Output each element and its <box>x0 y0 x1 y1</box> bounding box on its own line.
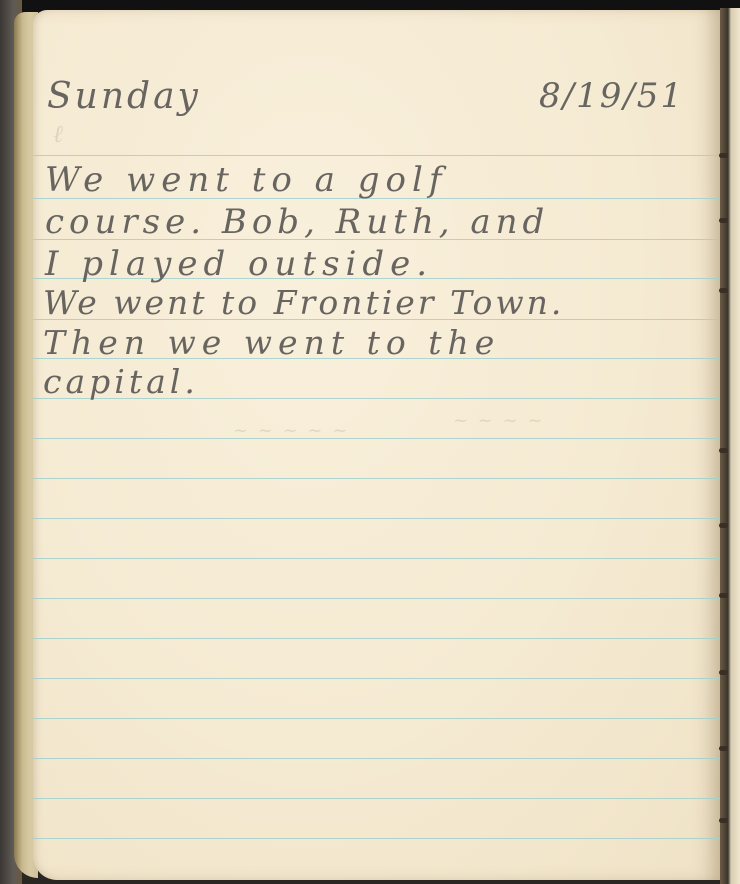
entry-line-3: I played outside. <box>45 244 433 284</box>
entry-line-6: capital. <box>43 362 199 401</box>
ruled-line <box>33 798 723 799</box>
binding-hole <box>719 153 728 158</box>
diary-page: ℓ ~ ~ ~ ~ ~ ~ ~ ~ ~ Sunday 8/19/51 We we… <box>33 10 723 880</box>
ruled-line <box>33 155 723 156</box>
ruled-line <box>33 678 723 679</box>
entry-date: 8/19/51 <box>539 76 684 116</box>
ruled-line <box>33 438 723 439</box>
bleed-through-text: ~ ~ ~ ~ ~ <box>233 420 349 441</box>
ruled-line <box>33 718 723 719</box>
ruled-line <box>33 478 723 479</box>
ruled-line <box>33 558 723 559</box>
binding-hole <box>719 448 728 453</box>
binding-hole <box>719 593 728 598</box>
binding-hole <box>719 218 728 223</box>
ruled-line <box>33 838 723 839</box>
bleed-through-text: ℓ <box>53 120 65 149</box>
spiral-binding-edge <box>720 8 740 884</box>
ruled-line <box>33 758 723 759</box>
ruled-line <box>33 598 723 599</box>
entry-line-2: course. Bob, Ruth, and <box>45 202 549 242</box>
bleed-through-text: ~ ~ ~ ~ <box>453 410 545 431</box>
entry-line-1: We went to a golf <box>45 160 447 200</box>
binding-hole <box>719 746 728 751</box>
entry-line-5: Then we went to the <box>43 323 500 362</box>
binding-hole <box>719 288 728 293</box>
ruled-line <box>33 518 723 519</box>
ruled-line <box>33 638 723 639</box>
binding-hole <box>719 818 728 823</box>
entry-line-4: We went to Frontier Town. <box>43 283 564 322</box>
binding-hole <box>719 670 728 675</box>
entry-day: Sunday <box>47 76 201 117</box>
binding-hole <box>719 523 728 528</box>
